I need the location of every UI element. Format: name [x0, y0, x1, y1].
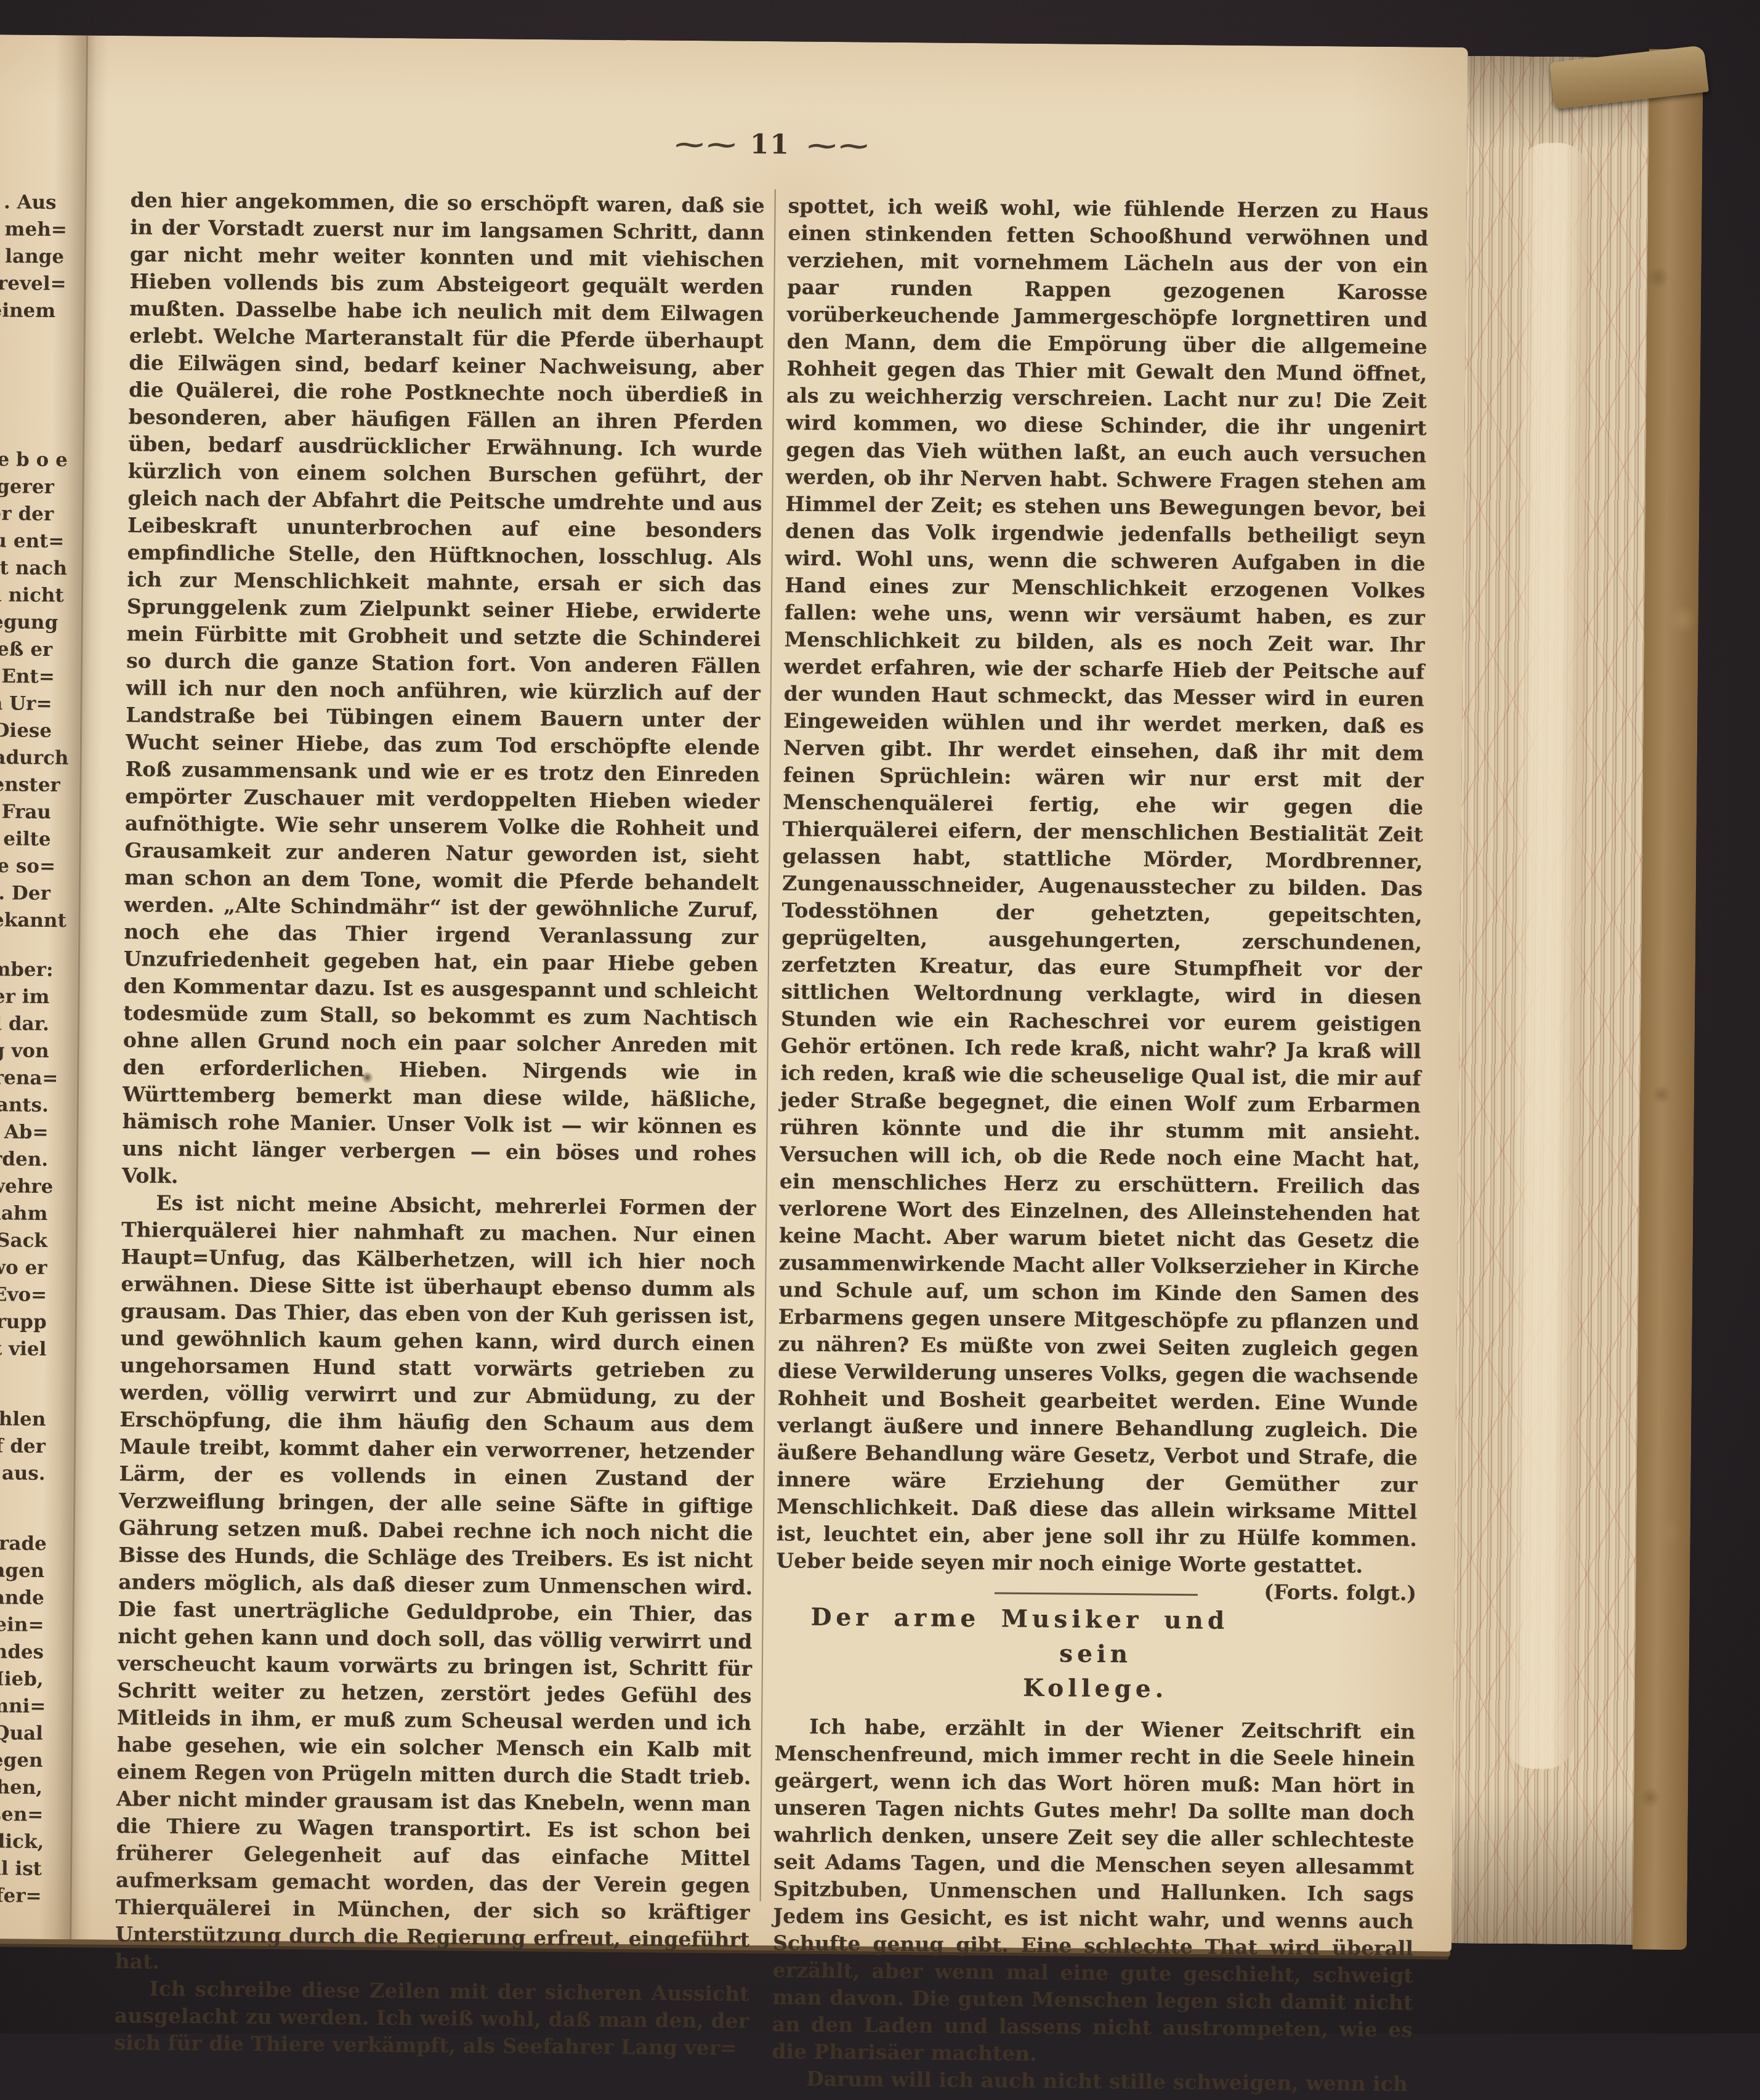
article-title: Der arme Musiker und seinKollege. [775, 1599, 1416, 1708]
text-fragment: andes [0, 1638, 44, 1666]
right-column: spottet, ich weiß wohl, wie fühlende Her… [772, 192, 1429, 2033]
text-fragment: ße b o e [0, 446, 54, 474]
text-fragment: . Der [0, 879, 50, 907]
text-fragment: gerade [0, 1530, 45, 1557]
text-fragment: it viel [0, 1335, 47, 1363]
text-fragment: uf der [0, 1432, 46, 1460]
text-fragment: e eilte [0, 825, 51, 853]
text-fragment: sie so= [0, 852, 50, 880]
fragment-group: ße b o engererer derzu ent=ist nachm nic… [0, 446, 54, 934]
fragment-group: tohlenuf deraus. [0, 1405, 46, 1487]
fragment-group: geradeangenLandeWein=andesHieb,Omni=Qual… [0, 1530, 45, 1910]
text-fragment: Evo= [0, 1281, 47, 1309]
text-fragment: Qual [0, 1719, 43, 1747]
text-fragment: l dar. [0, 1010, 49, 1038]
text-fragment: aisen= [0, 1801, 42, 1828]
text-fragment: er der [0, 500, 54, 528]
text-fragment: m Ab= [0, 1118, 49, 1146]
text-fragment: n Ent= [0, 663, 52, 690]
text-fragment: n lange [0, 243, 56, 270]
text-fragment: angen [0, 1557, 44, 1585]
text-fragment: ist nach [0, 554, 54, 582]
fragment-group: ember:er iml dar.g vonGrena=nants.m Ab=o… [0, 956, 50, 1363]
text-fragment: nblick, [0, 1828, 42, 1856]
text-fragment: m nicht [0, 581, 53, 609]
text-fragment: ngerer [0, 473, 54, 501]
text-fragment: gegen [0, 1747, 43, 1774]
text-fragment: Omni= [0, 1692, 44, 1720]
text-fragment: . Aus [0, 188, 57, 216]
book: . Ausd meh=n langeFrevel=einemße b o eng… [0, 34, 1711, 1963]
text-fragment: regung [0, 608, 53, 636]
text-fragment: schen, [0, 1774, 42, 1801]
text-fragment: Wein= [0, 1611, 44, 1639]
text-fragment: Sack [0, 1227, 47, 1254]
paragraph: Ich habe, erzählt in der Wiener Zeitschr… [772, 1713, 1415, 2033]
text-fragment: Fenster [0, 771, 52, 799]
book-fore-edge-pages [1451, 56, 1652, 1944]
paragraph: spottet, ich weiß wohl, wie fühlende Her… [776, 192, 1429, 1580]
text-fragment: d meh= [0, 216, 56, 243]
text-fragment: tohlen [0, 1405, 46, 1433]
text-fragment: bekannt [0, 907, 50, 934]
header-flourish-right-icon: ~~ [804, 131, 868, 161]
text-fragment: Frevel= [0, 270, 56, 297]
section-divider-rule [995, 1592, 1198, 1596]
fragment-group: . Ausd meh=n langeFrevel=einem [0, 188, 57, 325]
paragraph: Ich schreibe diese Zeilen mit der sicher… [114, 1975, 749, 2033]
text-fragment: ember: [0, 956, 50, 983]
text-fragment: Trupp [0, 1308, 47, 1336]
paragraph: den hier angekommen, die so erschöpft wa… [122, 187, 765, 1195]
text-fragment: dadurch [0, 744, 52, 772]
page-number: 11 [750, 129, 791, 161]
text-fragment: nants. [0, 1091, 49, 1119]
text-fragment: ewehre [0, 1173, 48, 1200]
text-fragment: zu ent= [0, 527, 54, 555]
text-fragment: al ist [0, 1855, 42, 1883]
text-fragment: e Frau [0, 798, 51, 826]
text-fragment: Hieb, [0, 1665, 44, 1693]
text-fragment: Lande [0, 1584, 44, 1612]
text-fragment: Pfer= [0, 1882, 42, 1910]
text-fragment: orden. [0, 1145, 48, 1173]
article-title-line: Der arme Musiker und sein [810, 1603, 1229, 1669]
text-fragment: einem [0, 297, 55, 325]
left-column: den hier angekommen, die so erschöpft wa… [114, 187, 764, 2033]
paragraph: Es ist nicht meine Absicht, mehrerlei Fo… [115, 1189, 756, 1981]
text-fragment: wo er [0, 1254, 47, 1282]
continuation-note: (Forts. folgt.) [1264, 1578, 1416, 1607]
book-page: . Ausd meh=n langeFrevel=einemße b o eng… [0, 34, 1468, 1952]
text-fragment: aus. [0, 1460, 46, 1487]
text-fragment: g von [0, 1037, 49, 1065]
page-header: ~~ 11 ~~ [573, 127, 967, 162]
header-flourish-left-icon: ~~ [672, 130, 736, 160]
text-fragment: Diese [0, 717, 52, 745]
text-fragment: Grena= [0, 1064, 49, 1092]
photograph-background: . Ausd meh=n langeFrevel=einemße b o eng… [0, 0, 1760, 2033]
text-fragment: nahm [0, 1200, 47, 1227]
text-fragment: ließ er [0, 636, 52, 663]
text-fragment: er im [0, 983, 50, 1011]
article-title-line: Kollege. [1023, 1674, 1168, 1703]
text-fragment: m Ur= [0, 690, 52, 717]
